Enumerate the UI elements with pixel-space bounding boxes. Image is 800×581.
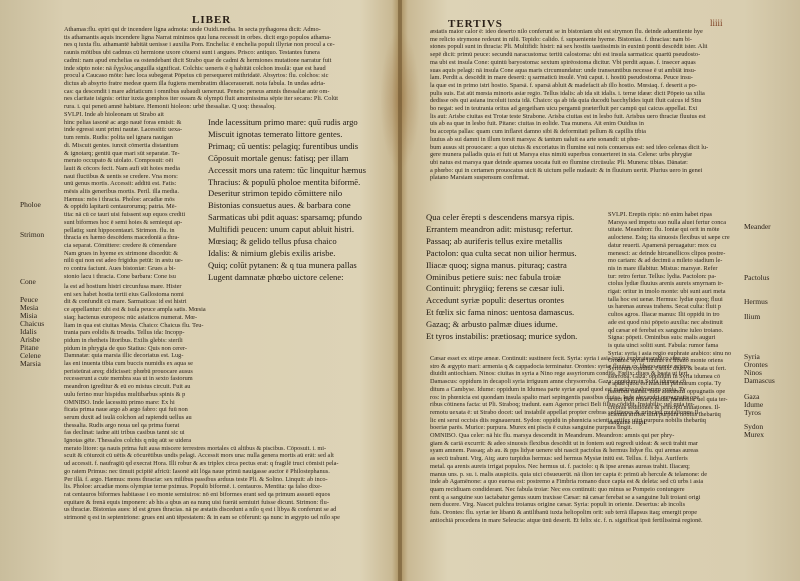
commentary-line: tita: nā cū ce tauri uisi fuissent sup e… [64,211,196,219]
verse-line: Mœsiaq; & gelido tellus pfusa chaico [208,236,393,248]
commentary-line: stones populi sunt in thracia: Pli. Mult… [430,43,740,51]
commentary-line: lauit & cōcors fecit. Nam aufi sūt hoies… [64,165,196,173]
margin-note: Meander [744,223,771,232]
commentary-line: merato litore: qa nauis prima fuit ausa … [64,445,394,453]
commentary-line: me relicto strymone redeunt in nilū. Tep… [430,36,740,44]
commentary-line: auloctene. Estq; ita sinuosis flexibus u… [608,234,740,242]
commentary-line: OMNIBO. Qua celer: nā hic flu. marsya de… [430,432,740,440]
commentary-line: siaq; hactenus europeos: nūc asiaticos n… [64,314,394,322]
commentary-line: us thraciæ. Bistonias aues: id est grues… [64,506,394,514]
commentary-line: qd cæsar eē ferebat ex sanguine iuleo tr… [608,327,740,335]
commentary-line: merato occupato & uiolato. Composuit: oē… [64,157,196,165]
commentary-line: dedisse oēs qui asiana incoluit iuxta id… [430,97,740,105]
commentary-line: datur reuerti. Apamenā peruagatur: mox c… [608,242,740,250]
margin-note: Strimon [20,231,44,240]
commentary-line: peristeūrat areq; didicisset: phœbū prou… [64,368,394,376]
commentary-line: scuit & cōiunxit cū uētis & cōcurētibus … [64,452,394,460]
commentary-line: mo cariam: & ad decimū a mileto stadium … [608,257,740,265]
commentary-line: uitate. Meandron: flu. Ioniæ qui orit in… [608,226,740,234]
commentary-line: menesci: ac deinde hircanellicos clipos … [608,250,740,258]
commentary-line: sepē dicit: primū peuce: secundū naracus… [430,51,740,59]
commentary-line: inde ab Agamēnone: a quo euersa est: pos… [430,478,740,486]
verse-line: Et tyros instabilis: prætiosaq; murice s… [426,331,606,343]
commentary-side-left: SVLPI. Inde ab hioleonam ut Strabo aithi… [64,111,196,280]
commentary-line: OMNIBO. Inde lacessitū primo mare: Ex hi [64,399,394,407]
commentary-line: remotu uexata ē: ut Strabo docet: uel in… [430,409,740,417]
commentary-line: giam & cariā excurrit: & adeo sinuosis f… [430,440,740,448]
commentary-line: serum duxit ad isulā colchon ad rapiendū… [64,414,394,422]
right-page: TERTIVS liiii æstatis maior calor ē: ide… [402,0,800,581]
commentary-line: Damascus: oppidum in decapoli syria irri… [430,378,740,386]
margin-note: Pactolus [744,274,769,283]
commentary-line: ditum a Cambyse. Idume: oppidum in Idume… [430,386,740,394]
commentary-line: thessalia. Rudis argo noua uel qa prima … [64,422,394,430]
verse-line: Et fœlix sic fama ninos: uentosa damascu… [426,307,606,319]
commentary-line: cia separat. Cōmittere: credere & cōmend… [64,242,196,250]
commentary-line: as secū trahunt. Virg. Atq; auro turpidu… [430,455,740,463]
commentary-line: us harenas aureas trahens. Secat culta: … [608,303,740,311]
commentary-line: ro contra faciunt. Aues bistoniæ: Grues … [64,265,196,273]
commentary-line: nis in mare illabitur. Mistus: marsyæ. R… [608,265,740,273]
commentary-line: bu accepta pallas: quam cum inflaret dam… [430,128,740,136]
commentary-line: Damnatæ: quia marsia illic decoriatus es… [64,352,394,360]
commentary-line: nes q iuxta flu. athamantē habitāt uenis… [64,41,370,49]
verse-line: Lugent damnatæ phœbo uictore celene: [208,272,393,284]
commentary-line: liam in qua est ciuitas Mesia. Chaico: C… [64,322,394,330]
verse-line: Ominibus petiere suis: nec fabula troiæ [426,272,606,284]
verse-line: Passaq; ab auriferis tellus exire metall… [426,236,606,248]
margin-note: Ilium [744,313,760,322]
commentary-line: talla hoc est uenæ. Hermus: lydiæ quoq; … [608,296,740,304]
commentary-line: ctolus lydiæ fluuius arenis aureis smyrn… [608,280,740,288]
verse-line: Inde lacessitum primo mare: quū rudis ar… [208,117,393,129]
commentary-line: boeriæ parēs. Murice: purpura. Murex eni… [430,424,740,432]
verse-line: Quiq; colūt pytanen: & q tua munera pall… [208,260,393,272]
commentary-line: dit & confundit cū mare. Sarmaticas: id … [64,298,394,306]
commentary-line: dictus ab absyrto fratre medeæ quem illa… [64,80,370,88]
commentary-line: meandron igreditur & eū eo mistus circui… [64,383,394,391]
commentary-line: lic eni serui occisis diis regnauerunt. … [430,417,740,425]
commentary-line: tur: retro fertur. Tellus: lydia. Pactol… [608,273,740,281]
commentary-line: go ratem Primus: nec timuit pcipitē afri… [64,468,394,476]
margin-note: Tyros [744,409,761,418]
margin-note: Marsia [20,360,41,369]
commentary-line: eni sex habet hostia tertii eius Gallost… [64,291,394,299]
verse-line: Gazaq; & arbusto palmæ diues idume. [426,319,606,331]
commentary-line: stonio lacu i thracia. Cone barbara: Con… [64,273,196,281]
commentary-line: uis ab ea quæ in lesbo fuit. Pitane: ciu… [430,120,740,128]
verse-line: Errantem meandron adit: mistusq; refertu… [426,224,606,236]
commentary-line: metal. qa arenis aureis irrigat populos.… [430,463,740,471]
commentary-line: platano Marsiam suspensum confirmat. [430,174,740,182]
commentary-line: diuidit antiochiam. Ninos: ciuitas in sy… [430,370,740,378]
commentary-line: Per illā. f. argo. Hæmus: mons thraciæ: … [64,476,394,484]
commentary-line: la quæ est in primo istri hostio. Sparsā… [430,82,740,90]
commentary-line: fas declinat: iadne aiti tribus casibus … [64,429,394,437]
commentary-line: & oppidū lapitarū centaurorumq; patria. … [64,203,196,211]
commentary-line: stro & ægypto mari: armenia q & cappadoc… [430,363,740,371]
commentary-line: mēsis aliis generibus mortis. Peril. ill… [64,188,196,196]
commentary-line: rigat: oritur in tmolo monte: ubi sunt a… [608,288,740,296]
commentary-line: rat centauros biformes habitasse i eo mo… [64,491,394,499]
commentary-line: Cæsar esset ex stirpe æneæ. Continuit: s… [430,355,740,363]
commentary-line: ubi natus est marsya quæ deinde apamea u… [430,159,740,167]
commentary-line: hinc pelias iasonē ac argo nauē foras em… [64,119,196,127]
commentary-line: naui fluctibus & uentis se credere. Vna … [64,173,196,181]
commentary-line: recesserunt a cute membra sua ut in sext… [64,375,394,383]
commentary-line: fuis. Orontes: flu. syriæ ier libanū & a… [430,509,740,517]
commentary-line: nilū qui non est adeo frigidus petūt: in… [64,257,196,265]
commentary-line: pidum in rhetheis litoribus. Exilis gleb… [64,337,394,345]
commentary-line: inde egressi sunt primi nautæ. Lacessitū… [64,126,196,134]
commentary-line: thracia ex hæmo descēdens macedoniā a th… [64,234,196,242]
commentary-line: bo negat: sed in teutrania oritus ad ger… [430,105,740,113]
commentary-line: strimonē q est in septentrione: grues en… [64,514,394,522]
verse-line: Primaq; cū uentis: pelagiq; furentibus u… [208,141,393,153]
verse-block-right: Qua celer ērepti s descendens marsya rip… [426,212,606,343]
commentary-line: di. Miscuit gentes. iunxit cōmertia dist… [64,142,196,150]
commentary-line: nes claritate isignis: oritur iuxta gomp… [64,95,370,103]
running-head-left: LIBER [192,14,231,26]
verse-line: Multifidi peucen: unum caput abluit hist… [208,224,393,236]
commentary-line: procul a Caucaso mōte: hæc loca subegera… [64,72,370,80]
commentary-line: SVLPI. Inde ab hioleonam ut Strabo ait [64,111,196,119]
commentary-line: suas aquis pelagi: nā insula Cone aqua m… [430,67,740,75]
commentary-line: luuius ab sui damni in illum torsit mars… [430,136,740,144]
verse-line: Thracius: & populū pholoe mentita biform… [208,177,393,189]
commentary-top-right: æstatis maior calor ē: ideo deserto nilo… [430,28,740,182]
commentary-line: cadmi: nam apud enchelias ea ostendebant… [64,57,370,65]
commentary-line: nem ducere. Virg. Nascet pulchra troianu… [430,501,740,509]
book-spread: LIBER Athamas:flu. epiri qui dr incender… [0,0,800,581]
commentary-line: syam amnem. Passaq; ab au. & pps lidyæ u… [430,447,740,455]
commentary-line: Ignotas gēte. Thessalos colchis q nūq aū… [64,437,394,445]
commentary-line: tis athamantis aquis incendere ligna Nar… [64,34,370,42]
commentary-line: raunis mōtibus ubi cadmus cū hermione ux… [64,49,370,57]
commentary-line: Marsya sed impetu suo nulla aluei fertur… [608,219,740,227]
commentary-line: cultos agros. Iliacæ manus: Ilii oppidū … [608,311,740,319]
verse-line: Bistonias consuetus aues. & barbara cone [208,200,393,212]
verse-line: Miscuit ignotas temerato littore gentes. [208,129,393,141]
margin-note: Damascus [744,377,775,386]
commentary-line: is quia uinci soliti sunt. Fabula: rumor… [608,342,740,350]
commentary-line: tum remis. Rudis: polita uel ignara naui… [64,134,196,142]
commentary-line: pidum in phrygia de quo Statius: Quis no… [64,345,394,353]
commentary-line: lam. Perdit a. descēdit in mare deserū: … [430,74,740,82]
commentary-line: trania pars eolidis & troadis. Tellus id… [64,329,394,337]
commentary-line: quam recidiuam condiderant. Nec fabula t… [430,486,740,494]
commentary-line: pulis suis. Est aūt mœsia minoris asiæ r… [430,90,740,98]
commentary-bottom-left: la est ad hostium histri circunfusa mare… [64,283,394,522]
commentary-line: manus uns. p. su. i. malis auspiciis. qu… [430,471,740,479]
margin-note: Murex [744,431,764,440]
commentary-top-left: Athamas:flu. epiri qui dr incendere lign… [64,26,370,111]
verse-line: Continuit: phrygiiq; ferens se cæsar iul… [426,283,606,295]
commentary-line: uulu ferino mur hispidus multibarbus spi… [64,391,394,399]
commentary-line: cas: qa descendit i mare adriaticum i om… [64,88,370,96]
commentary-line: la est ad hostium histri circunfusa mare… [64,283,394,291]
commentary-line: Hæmus: mōs i thracia. Pholoe: arcadiæ mō… [64,196,196,204]
commentary-line: Nam grues in hyeme ex strimone discedūt:… [64,250,196,258]
commentary-line: unū genus mortis. Accessit: additū est. … [64,180,196,188]
commentary-line: & ignotarq; gentiū quæ mari sūt separatæ… [64,150,196,158]
commentary-line: rent q a sanguine suo iactabatur genus s… [430,494,740,502]
verse-line: Sarmaticas ubi pdit aquas: sparsamq; pfu… [208,212,393,224]
commentary-line: ribus cōtinens facta: ut Pli. Straboq; t… [430,401,740,409]
commentary-line: lis aut: Arisbe ciuitas est Troiæ teste … [430,113,740,121]
commentary-line: antiochiā procedens in mare Seleucia: at… [430,517,740,525]
verse-line: Deseritur strimon tepido cōmittere nilo [208,188,393,200]
verse-line: Accedunt syriæ populi: desertus orontes [426,295,606,307]
commentary-line: SVLPI. Ereptis ripis: nō enim habet ripa… [608,211,740,219]
verse-line: Iliacæ quoq; signa manus. pituraq; castr… [426,260,606,272]
commentary-line: sunt biformes hoc ē semi hoies & semiequ… [64,219,196,227]
commentary-line: Signa: pōpeii. Ominibus suis: malis augu… [608,334,740,342]
commentary-line: æstatis maior calor ē: ideo deserto nilo… [430,28,740,36]
commentary-line: ce appellantur: ubi est & isula peuce am… [64,306,394,314]
verse-line: Idalis: & nimium glebis exilis arisbe. [208,248,393,260]
verse-line: Qua celer ērepti s descendens marsya rip… [426,212,606,224]
commentary-line: ud accessit. f. naufragiū qd execrat Hor… [64,460,394,468]
commentary-line: inde sūpto noie: nā ἔγχελυς anguilla sig… [64,65,370,73]
commentary-line: ma ubi est insula Cone: quintū baryostom… [430,59,740,67]
commentary-line: ficata prima naue argo ab argo fabro: qu… [64,406,394,414]
commentary-line: rura. i. qui peneū amnē habitare. Hemoni… [64,103,370,111]
commentary-line: ade est quod nisi pōpeio auxilia: nec ab… [608,319,740,327]
margin-note: Hermus [744,298,768,307]
left-page: LIBER Athamas:flu. epiri qui dr incender… [0,0,398,581]
commentary-line: gere munera palladis quia ei fuit ut Mar… [430,151,740,159]
verse-line: Accessit mors una ratem: tūc linquitur h… [208,165,393,177]
folio-number: liiii [710,18,723,28]
commentary-line: ros: in phœnicia est quondam insula spal… [430,394,740,402]
commentary-line: las eni inuenta tibia cum buccis numidis… [64,360,394,368]
commentary-line: pellatiq; sunt hippocentauri. Strimon. f… [64,227,196,235]
commentary-line: equitare & frenā equis imponere: ab his … [64,499,394,507]
verse-block-left: Inde lacessitum primo mare: quū rudis ar… [208,117,393,284]
commentary-bottom-right: Cæsar esset ex stirpe æneæ. Continuit: s… [430,355,740,524]
margin-note: Cone [20,278,36,287]
verse-line: Pactolon: qua culta secat non uilior her… [426,248,606,260]
commentary-line: a phœbo: qui in certamen prouocatus uici… [430,167,740,175]
commentary-line: bum ausus sit prouocare: a quo uictus & … [430,144,740,152]
commentary-line: Athamas:flu. epiri qui dr incendere lign… [64,26,370,34]
margin-note: Pholoe [20,201,41,210]
commentary-line: lis. Pholoe: arcadiæ mons olympiæ terræ … [64,483,394,491]
verse-line: Cōposuit mortale genus: fatisq; per illa… [208,153,393,165]
